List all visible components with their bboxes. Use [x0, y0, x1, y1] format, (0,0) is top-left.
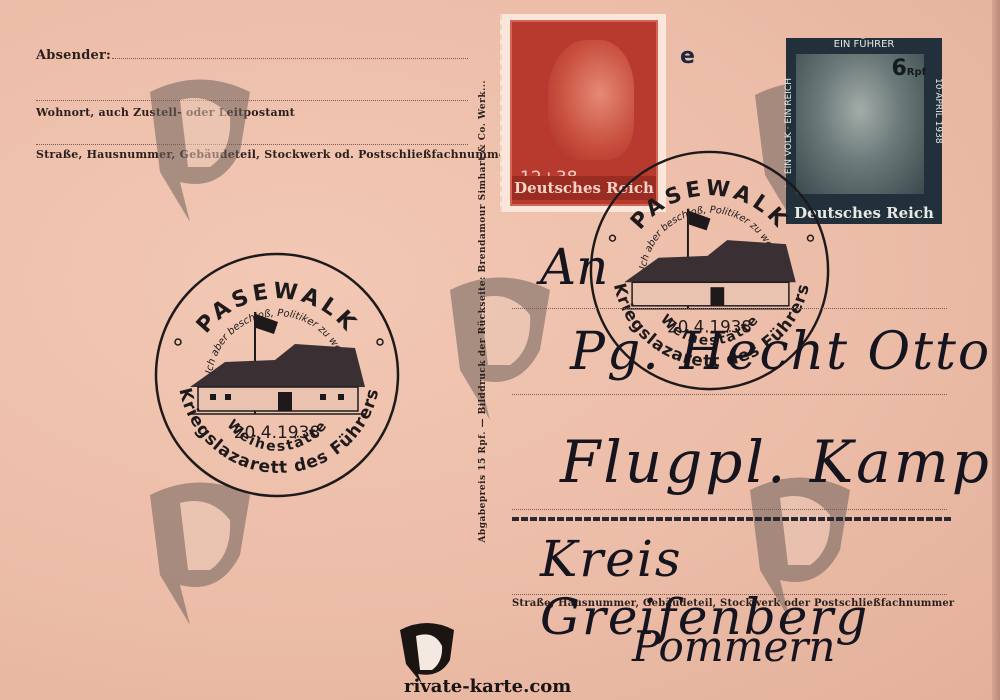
watermark-logo-icon: [140, 72, 260, 222]
printed-letter-fragment: e: [680, 44, 695, 69]
handwriting-an: An: [540, 238, 608, 296]
private-karte-logo-icon: [396, 620, 458, 684]
stamp-right-text: 10·APRIL 1938: [933, 78, 943, 144]
stamp-top-text: EIN FÜHRER: [786, 39, 942, 50]
address-line-2: [512, 394, 947, 395]
handwriting-recipient: Pg. Hecht Otto: [570, 322, 991, 382]
handwriting-region: Pommern: [632, 622, 835, 671]
address-line-1: [512, 308, 947, 309]
address-divider: [512, 517, 952, 521]
street-label: Straße, Hausnummer, Gebäudeteil, Stockwe…: [36, 148, 512, 161]
stamp-denomination: 6Rpf: [891, 56, 926, 81]
address-line-3: [512, 509, 947, 510]
sender-line: [112, 58, 468, 59]
handwriting-place: Flugpl. Kamp: [560, 428, 992, 496]
postmark-left: PASEWALK »Ich aber beschloß, Politiker z…: [150, 252, 405, 502]
vertical-imprint: Abgabepreis 15 Rpf. — Bilddruck der Rück…: [478, 80, 488, 543]
postcard: Absender: Wohnort, auch Zustell- oder Le…: [0, 0, 1000, 700]
watermark-text: rivate-karte.com: [404, 676, 571, 697]
sender-label: Absender:: [36, 48, 111, 63]
stamp-portrait: [548, 40, 634, 160]
